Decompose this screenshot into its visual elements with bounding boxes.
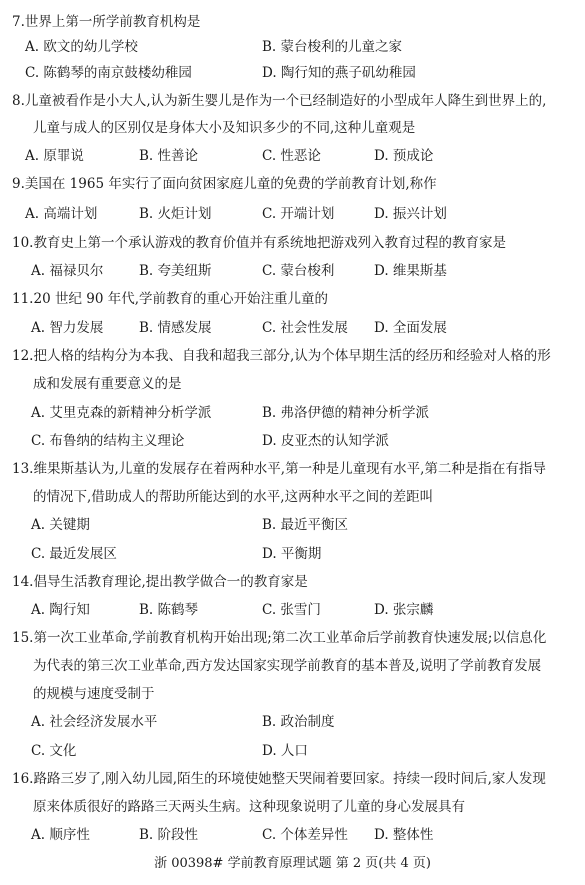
- question-text: 把人格的结构分为本我、自我和超我三部分,认为个体早期生活的经历和经验对人格的形: [33, 348, 550, 364]
- option-b: B. 陈鹤琴: [139, 600, 198, 620]
- question-stem: 14.倡导生活教育理论,提出教学做合一的教育家是: [12, 572, 308, 592]
- option-a: A. 福禄贝尔: [31, 261, 103, 281]
- option-c: C. 文化: [31, 741, 76, 761]
- option-a: A. 原罪说: [25, 146, 84, 166]
- question-text-continued: 儿童与成人的区别仅是身体大小及知识多少的不同,这种儿童观是: [33, 118, 415, 138]
- question-number: 11.: [12, 291, 33, 307]
- option-d: D. 人口: [262, 741, 308, 761]
- question-text: 路路三岁了,刚入幼儿园,陌生的环境使她整天哭闹着要回家。持续一段时间后,家人发现: [33, 771, 545, 787]
- option-d: D. 预成论: [374, 146, 433, 166]
- option-c: C. 开端计划: [262, 204, 334, 224]
- question-text: 美国在 1965 年实行了面向贫困家庭儿童的免费的学前教育计划,称作: [25, 176, 437, 192]
- option-d: D. 皮亚杰的认知学派: [262, 431, 389, 451]
- question-number: 10.: [12, 235, 33, 251]
- question-text: 第一次工业革命,学前教育机构开始出现;第二次工业革命后学前教育快速发展;以信息化: [33, 630, 546, 646]
- option-c: C. 陈鹤琴的南京鼓楼幼稚园: [25, 63, 192, 83]
- option-b: B. 蒙台梭利的儿童之家: [262, 37, 402, 57]
- question-text: 教育史上第一个承认游戏的教育价值并有系统地把游戏列入教育过程的教育家是: [33, 235, 506, 251]
- question-text: 维果斯基认为,儿童的发展存在着两种水平,第一种是儿童现有水平,第二种是指在有指导: [33, 461, 545, 477]
- question-stem: 12.把人格的结构分为本我、自我和超我三部分,认为个体早期生活的经历和经验对人格…: [12, 346, 551, 366]
- option-d: D. 整体性: [374, 825, 433, 845]
- option-d: D. 全面发展: [374, 318, 447, 338]
- option-a: A. 社会经济发展水平: [31, 712, 157, 732]
- option-b: B. 弗洛伊德的精神分析学派: [262, 403, 429, 423]
- question-number: 13.: [12, 461, 33, 477]
- option-a: A. 智力发展: [31, 318, 103, 338]
- option-b: B. 政治制度: [262, 712, 335, 732]
- question-number: 15.: [12, 630, 33, 646]
- option-c: C. 张雪门: [262, 600, 321, 620]
- option-b: B. 火炬计划: [139, 204, 212, 224]
- question-stem: 9.美国在 1965 年实行了面向贫困家庭儿童的免费的学前教育计划,称作: [12, 174, 437, 194]
- option-b: B. 最近平衡区: [262, 515, 348, 535]
- question-text: 儿童被看作是小大人,认为新生婴儿是作为一个已经制造好的小型成年人降生到世界上的,: [25, 93, 547, 109]
- option-d: D. 振兴计划: [374, 204, 447, 224]
- question-text: 20 世纪 90 年代,学前教育的重心开始注重儿童的: [33, 291, 328, 307]
- option-a: A. 艾里克森的新精神分析学派: [31, 403, 211, 423]
- option-a: A. 高端计划: [25, 204, 97, 224]
- question-stem: 15.第一次工业革命,学前教育机构开始出现;第二次工业革命后学前教育快速发展;以…: [12, 628, 546, 648]
- question-number: 14.: [12, 574, 33, 590]
- question-stem: 11.20 世纪 90 年代,学前教育的重心开始注重儿童的: [12, 289, 328, 309]
- option-d: D. 平衡期: [262, 544, 321, 564]
- page-footer: 浙 00398# 学前教育原理试题 第 2 页(共 4 页): [0, 854, 585, 874]
- option-b: B. 阶段性: [139, 825, 198, 845]
- option-d: D. 张宗麟: [374, 600, 433, 620]
- question-number: 9.: [12, 176, 25, 192]
- option-b: B. 夸美纽斯: [139, 261, 212, 281]
- option-a: A. 关键期: [31, 515, 90, 535]
- option-d: D. 陶行知的燕子矶幼稚园: [262, 63, 416, 83]
- option-a: A. 陶行知: [31, 600, 90, 620]
- question-number: 12.: [12, 348, 33, 364]
- option-c: C. 最近发展区: [31, 544, 117, 564]
- question-text: 倡导生活教育理论,提出教学做合一的教育家是: [33, 574, 307, 590]
- question-stem: 13.维果斯基认为,儿童的发展存在着两种水平,第一种是儿童现有水平,第二种是指在…: [12, 459, 546, 479]
- question-text-continued: 的规模与速度受制于: [33, 684, 155, 704]
- option-c: C. 布鲁纳的结构主义理论: [31, 431, 184, 451]
- option-c: C. 社会性发展: [262, 318, 348, 338]
- option-a: A. 欧文的幼儿学校: [25, 37, 138, 57]
- question-text: 世界上第一所学前教育机构是: [25, 14, 201, 30]
- question-number: 8.: [12, 93, 25, 109]
- option-c: C. 性恶论: [262, 146, 321, 166]
- option-b: B. 性善论: [139, 146, 198, 166]
- question-stem: 7.世界上第一所学前教育机构是: [12, 12, 200, 32]
- question-number: 16.: [12, 771, 33, 787]
- question-text-continued: 原来体质很好的路路三天两头生病。这种现象说明了儿童的身心发展具有: [33, 797, 465, 817]
- question-text-continued: 成和发展有重要意义的是: [33, 374, 182, 394]
- question-stem: 10.教育史上第一个承认游戏的教育价值并有系统地把游戏列入教育过程的教育家是: [12, 233, 506, 253]
- option-c: C. 蒙台梭利: [262, 261, 334, 281]
- question-stem: 8.儿童被看作是小大人,认为新生婴儿是作为一个已经制造好的小型成年人降生到世界上…: [12, 91, 546, 111]
- question-text-continued: 的情况下,借助成人的帮助所能达到的水平,这两种水平之间的差距叫: [33, 487, 433, 507]
- question-stem: 16.路路三岁了,刚入幼儿园,陌生的环境使她整天哭闹着要回家。持续一段时间后,家…: [12, 769, 546, 789]
- question-number: 7.: [12, 14, 25, 30]
- option-a: A. 顺序性: [31, 825, 90, 845]
- option-c: C. 个体差异性: [262, 825, 348, 845]
- option-b: B. 情感发展: [139, 318, 212, 338]
- question-text-continued: 为代表的第三次工业革命,西方发达国家实现学前教育的基本普及,说明了学前教育发展: [33, 656, 541, 676]
- option-d: D. 维果斯基: [374, 261, 447, 281]
